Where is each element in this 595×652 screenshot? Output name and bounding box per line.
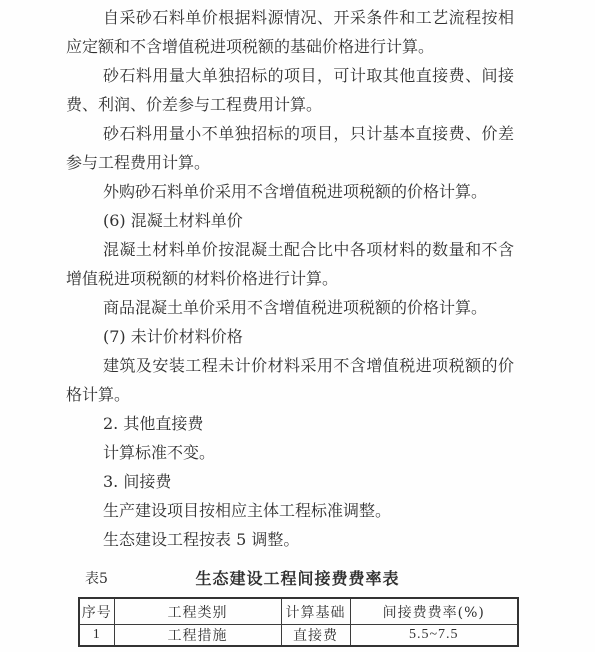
body-paragraph: 商品混凝土单价采用不含增值税进项税额的价格计算。 xyxy=(66,293,514,322)
body-paragraph: 3. 间接费 xyxy=(66,467,514,496)
body-paragraph: 砂石料用量小不单独招标的项目，只计基本直接费、价差参与工程费用计算。 xyxy=(66,119,514,177)
header-cell-rate: 间接费费率(%) xyxy=(350,598,518,625)
body-paragraph: (6) 混凝土材料单价 xyxy=(66,206,514,235)
table-header-row: 序号 工程类别 计算基础 间接费费率(%) xyxy=(79,598,518,625)
cell-category: 工程措施 xyxy=(114,625,281,647)
body-paragraph: 生产建设项目按相应主体工程标准调整。 xyxy=(66,496,514,525)
indirect-fee-rate-table: 序号 工程类别 计算基础 间接费费率(%) 1 工程措施 直接费 5.5~7.5 xyxy=(78,597,519,647)
body-paragraph: (7) 未计价材料价格 xyxy=(66,322,514,351)
body-paragraph: 自采砂石料单价根据料源情况、开采条件和工艺流程按相应定额和不含增值税进项税额的基… xyxy=(66,3,514,61)
table-caption-label: 表5 xyxy=(85,567,108,591)
body-paragraph: 生态建设工程按表 5 调整。 xyxy=(66,525,514,554)
cell-rate: 5.5~7.5 xyxy=(350,625,518,647)
document-page: 自采砂石料单价根据料源情况、开采条件和工艺流程按相应定额和不含增值税进项税额的基… xyxy=(0,0,595,652)
cell-seq: 1 xyxy=(79,625,114,647)
header-cell-category: 工程类别 xyxy=(114,598,281,625)
document-body: 自采砂石料单价根据料源情况、开采条件和工艺流程按相应定额和不含增值税进项税额的基… xyxy=(66,3,514,554)
body-paragraph: 建筑及安装工程未计价材料采用不含增值税进项税额的价格计算。 xyxy=(66,351,514,409)
body-paragraph: 混凝土材料单价按混凝土配合比中各项材料的数量和不含增值税进项税额的材料价格进行计… xyxy=(66,235,514,293)
body-paragraph: 外购砂石料单价采用不含增值税进项税额的价格计算。 xyxy=(66,177,514,206)
body-paragraph: 2. 其他直接费 xyxy=(66,409,514,438)
body-paragraph: 砂石料用量大单独招标的项目，可计取其他直接费、间接费、利润、价差参与工程费用计算… xyxy=(66,61,514,119)
cell-basis: 直接费 xyxy=(281,625,350,647)
header-cell-seq: 序号 xyxy=(79,598,114,625)
body-paragraph: 计算标准不变。 xyxy=(66,438,514,467)
table-title: 生态建设工程间接费费率表 xyxy=(78,567,517,591)
header-cell-basis: 计算基础 xyxy=(281,598,350,625)
table-row: 1 工程措施 直接费 5.5~7.5 xyxy=(79,625,518,647)
table-caption-row: 表5 生态建设工程间接费费率表 xyxy=(78,567,517,591)
